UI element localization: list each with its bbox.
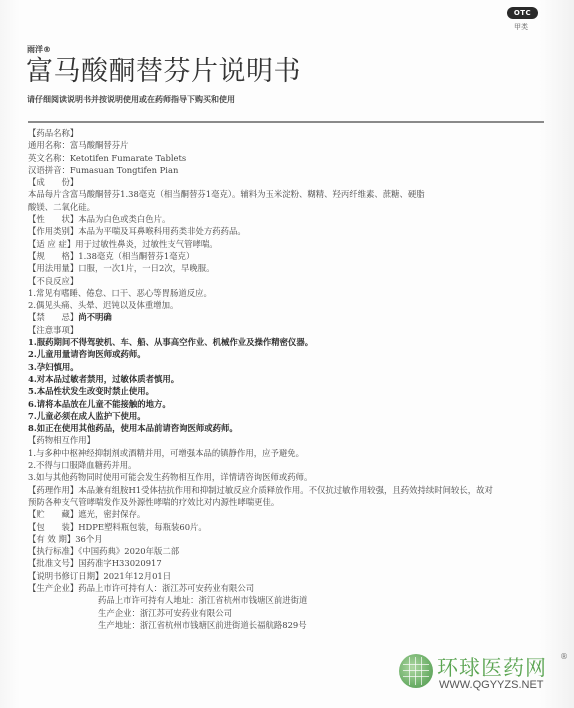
section-validity: 【有 效 期】36个月	[28, 533, 548, 545]
list-item: 2.偶见头痛、头晕、迟钝以及体重增加。	[28, 299, 548, 311]
section-text: 《中国药典》2020年版二部	[78, 546, 179, 556]
section-text: HDPE塑料瓶包装，每瓶装60片。	[78, 522, 207, 532]
section-approval: 【批准文号】国药准字H33020917	[28, 557, 548, 569]
section-package: 【包 装】HDPE塑料瓶包装，每瓶装60片。	[28, 521, 548, 533]
section-text: 2021年12月01日	[103, 571, 171, 581]
list-item: 6.请将本品放在儿童不能接触的地方。	[28, 398, 548, 410]
section-category: 【作用类别】本品为平喘及耳鼻喉科用药类非处方药药品。	[28, 225, 548, 237]
section-text: 本品为平喘及耳鼻喉科用药类非处方药药品。	[78, 226, 246, 236]
section-heading: 【批准文号】	[28, 558, 78, 568]
section-contraindications: 【禁 忌】尚不明确	[28, 311, 548, 323]
leaflet-body: 【药品名称】 通用名称：富马酸酮替芬片 英文名称：Ketotifen Fumar…	[28, 127, 548, 631]
manufacturer-line: 药品上市许可持有人地址：浙江省杭州市钱塘区前进街道	[28, 594, 548, 606]
section-text: 1.38毫克（相当酮替芬1毫克）	[78, 251, 194, 261]
english-name: 英文名称：Ketotifen Fumarate Tablets	[28, 152, 548, 164]
pinyin-name: 汉语拼音：Fumasuan Tongtifen Pian	[28, 164, 548, 176]
section-adverse-reactions: 【不良反应】 1.常见有嗜睡、倦怠、口干、恶心等胃肠道反应。 2.偶见头痛、头晕…	[28, 275, 548, 312]
section-heading: 【用法用量】	[28, 263, 78, 273]
section-heading: 【注意事项】	[28, 324, 548, 336]
section-drug-name: 【药品名称】 通用名称：富马酸酮替芬片 英文名称：Ketotifen Fumar…	[28, 127, 548, 176]
otc-badge: OTC	[507, 7, 538, 19]
section-text: 遮光，密封保存。	[78, 509, 145, 519]
section-heading: 【执行标准】	[28, 546, 78, 556]
list-item: 4.对本品过敏者禁用，过敏体质者慎用。	[28, 373, 548, 385]
section-heading: 【禁 忌】	[28, 312, 78, 322]
section-heading: 【药品名称】	[28, 127, 548, 139]
ingredients-text: 本品每片含富马酸酮替芬1.38毫克（相当酮替芬1毫克）。辅料为玉米淀粉、糊精、羟…	[28, 188, 433, 213]
section-heading: 【贮 藏】	[28, 509, 78, 519]
manufacturer-line: 生产地址：浙江省杭州市钱塘区前进街道长福航路829号	[28, 619, 548, 631]
section-specification: 【规 格】1.38毫克（相当酮替芬1毫克）	[28, 250, 548, 262]
list-item: 1.服药期间不得驾驶机、车、船、从事高空作业、机械作业及操作精密仪器。	[28, 336, 548, 348]
section-heading: 【说明书修订日期】	[28, 571, 103, 581]
generic-name: 通用名称：富马酸酮替芬片	[28, 139, 548, 151]
section-heading: 【有 效 期】	[28, 534, 75, 544]
section-ingredients: 【成 份】 本品每片含富马酸酮替芬1.38毫克（相当酮替芬1毫克）。辅料为玉米淀…	[28, 176, 548, 213]
brand-mark: 雨洋®	[27, 44, 51, 55]
section-standard: 【执行标准】《中国药典》2020年版二部	[28, 545, 548, 557]
list-item: 8.如正在使用其他药品，使用本品前请咨询医师或药师。	[28, 422, 548, 434]
globe-icon	[399, 654, 433, 688]
site-watermark: 环球医药网 ® WWW.QGYYZS.NET	[397, 652, 573, 700]
section-heading: 【包 装】	[28, 522, 78, 532]
list-item: 5.本品性状发生改变时禁止使用。	[28, 385, 548, 397]
section-dosage: 【用法用量】口服，一次1片，一日2次，早晚服。	[28, 262, 548, 274]
section-heading: 【适 应 症】	[28, 239, 75, 249]
section-text: 本品为白色或类白色片。	[78, 214, 170, 224]
otc-class-label: 甲类	[514, 22, 528, 32]
section-revision-date: 【说明书修订日期】2021年12月01日	[28, 570, 548, 582]
list-item: 3.孕妇慎用。	[28, 361, 548, 373]
section-heading: 【作用类别】	[28, 226, 78, 236]
list-item: 7.儿童必须在成人监护下使用。	[28, 410, 548, 422]
manufacturer-line: 生产企业：浙江苏可安药业有限公司	[28, 607, 548, 619]
section-text: 用于过敏性鼻炎，过敏性支气管哮喘。	[75, 239, 217, 249]
section-heading: 【不良反应】	[28, 275, 548, 287]
section-text: 尚不明确	[78, 312, 112, 322]
manufacturer-first-line: 【生产企业】药品上市许可持有人：浙江苏可安药业有限公司	[28, 582, 548, 594]
watermark-name: 环球医药网	[437, 652, 547, 682]
document-subtitle: 请仔细阅读说明书并按说明使用或在药师指导下购买和使用	[27, 94, 235, 105]
section-manufacturer: 【生产企业】药品上市许可持有人：浙江苏可安药业有限公司 药品上市许可持有人地址：…	[28, 582, 548, 631]
section-heading: 【性 状】	[28, 214, 78, 224]
section-properties: 【性 状】本品为白色或类白色片。	[28, 213, 548, 225]
section-heading: 【药物相互作用】	[28, 434, 548, 446]
section-text: 本品兼有组胺H1受体拮抗作用和抑制过敏反应介质释放作用。不仅抗过敏作用较强，且药…	[28, 485, 493, 507]
section-pharmacology: 【药理作用】本品兼有组胺H1受体拮抗作用和抑制过敏反应介质释放作用。不仅抗过敏作…	[28, 484, 496, 509]
list-item: 1.与多种中枢神经抑制剂或酒精并用，可增强本品的镇静作用，应予避免。	[28, 447, 548, 459]
section-text: 国药准字H33020917	[78, 558, 161, 568]
section-storage: 【贮 藏】遮光，密封保存。	[28, 508, 548, 520]
list-item: 2.不得与口服降血糖药并用。	[28, 459, 548, 471]
section-precautions: 【注意事项】 1.服药期间不得驾驶机、车、船、从事高空作业、机械作业及操作精密仪…	[28, 324, 548, 435]
list-item: 3.如与其他药物同时使用可能会发生药物相互作用，详情请咨询医师或药师。	[28, 471, 548, 483]
leaflet-page: OTC 甲类 雨洋® 富马酸酮替芬片说明书 请仔细阅读说明书并按说明使用或在药师…	[0, 0, 574, 708]
header-divider	[28, 121, 544, 123]
list-item: 2.儿童用量请咨询医师或药师。	[28, 348, 548, 360]
section-heading: 【成 份】	[28, 176, 548, 188]
section-heading: 【生产企业】	[28, 583, 78, 593]
section-text: 36个月	[75, 534, 102, 544]
section-interactions: 【药物相互作用】 1.与多种中枢神经抑制剂或酒精并用，可增强本品的镇静作用，应予…	[28, 434, 548, 483]
section-indications: 【适 应 症】用于过敏性鼻炎，过敏性支气管哮喘。	[28, 238, 548, 250]
list-item: 1.常见有嗜睡、倦怠、口干、恶心等胃肠道反应。	[28, 287, 548, 299]
section-heading: 【药理作用】	[28, 485, 78, 495]
manufacturer-line: 药品上市许可持有人：浙江苏可安药业有限公司	[78, 583, 254, 593]
section-text: 口服，一次1片，一日2次，早晚服。	[78, 263, 214, 273]
watermark-url: WWW.QGYYZS.NET	[439, 679, 544, 691]
section-heading: 【规 格】	[28, 251, 78, 261]
registered-mark: ®	[560, 652, 568, 661]
document-title: 富马酸酮替芬片说明书	[26, 57, 301, 87]
